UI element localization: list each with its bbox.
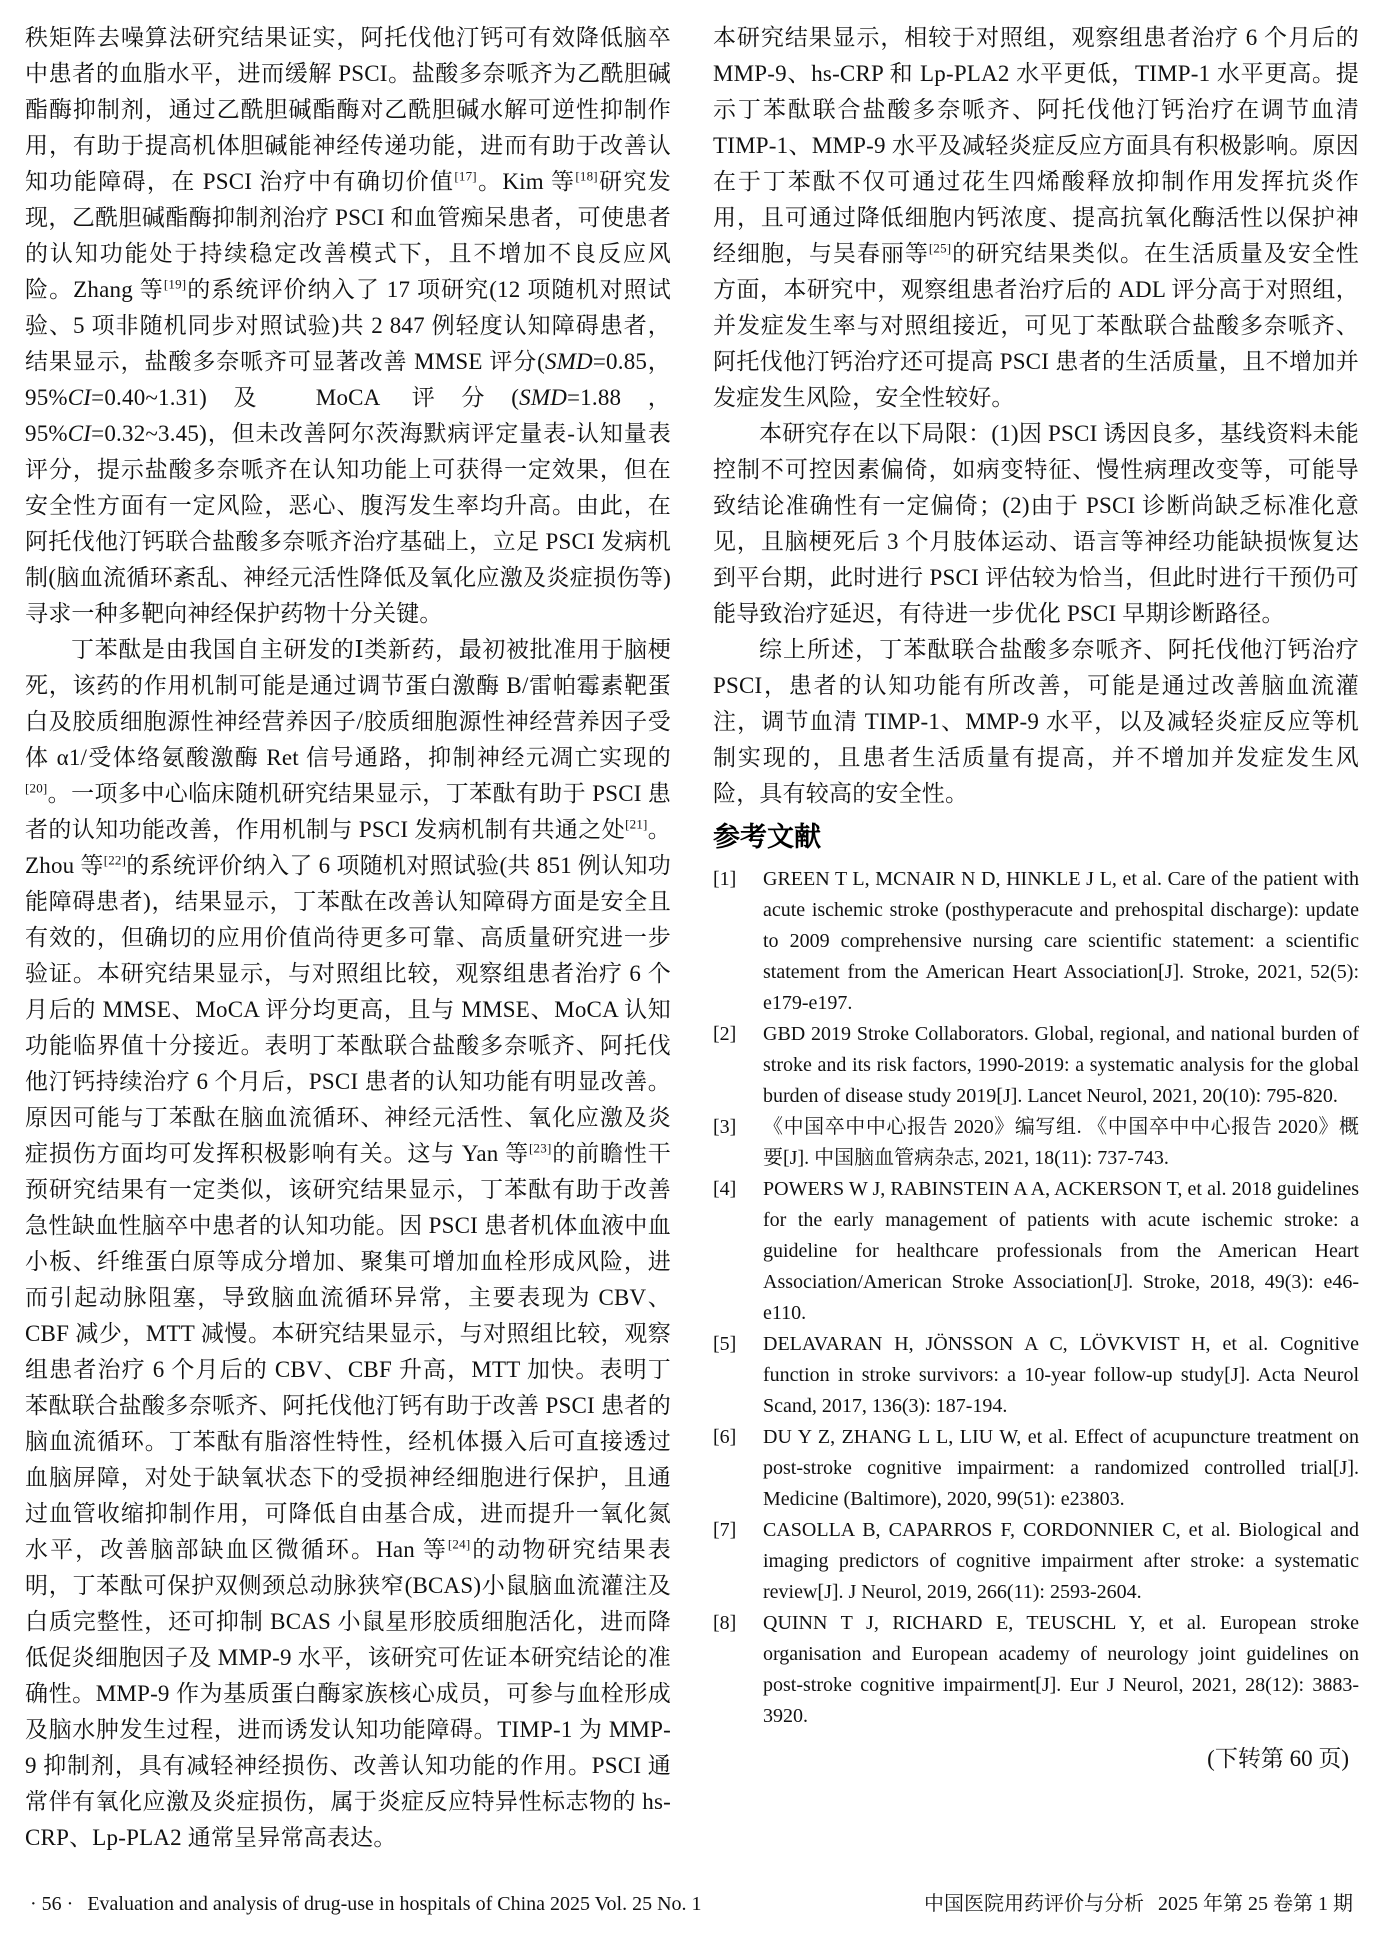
reference-text: POWERS W J, RABINSTEIN A A, ACKERSON T, …: [763, 1174, 1359, 1329]
reference-number: [7]: [713, 1515, 763, 1608]
reference-text: QUINN T J, RICHARD E, TEUSCHL Y, et al. …: [763, 1608, 1359, 1732]
article-body: 秩矩阵去噪算法研究结果证实，阿托伐他汀钙可有效降低脑卒中患者的血脂水平，进而缓解…: [25, 20, 1359, 1856]
journal-title-cn: 中国医院用药评价与分析: [924, 1893, 1144, 1915]
reference-number: [1]: [713, 864, 763, 1019]
body-paragraph: 本研究存在以下局限：(1)因 PSCI 诱因良多，基线资料未能控制不可控因素偏倚…: [713, 416, 1359, 632]
reference-item: [6]DU Y Z, ZHANG L L, LIU W, et al. Effe…: [713, 1422, 1359, 1515]
issue-cn: 2025 年第 25 卷第 1 期: [1158, 1893, 1353, 1915]
page-footer: · 56 ·Evaluation and analysis of drug-us…: [30, 1887, 1353, 1916]
reference-text: GBD 2019 Stroke Collaborators. Global, r…: [763, 1019, 1359, 1112]
reference-text: GREEN T L, MCNAIR N D, HINKLE J L, et al…: [763, 864, 1359, 1019]
reference-number: [2]: [713, 1019, 763, 1112]
references-heading: 参考文献: [713, 820, 1359, 854]
body-paragraph: 本研究结果显示，相较于对照组，观察组患者治疗 6 个月后的 MMP-9、hs-C…: [713, 20, 1359, 416]
body-paragraph: 秩矩阵去噪算法研究结果证实，阿托伐他汀钙可有效降低脑卒中患者的血脂水平，进而缓解…: [25, 20, 671, 632]
italic-term: CI: [68, 385, 91, 410]
journal-title-en: Evaluation and analysis of drug-use in h…: [87, 1893, 701, 1915]
page-number: · 56 ·: [30, 1893, 73, 1915]
right-column: 本研究结果显示，相较于对照组，观察组患者治疗 6 个月后的 MMP-9、hs-C…: [713, 20, 1359, 1856]
citation-superscript: [24]: [448, 1536, 470, 1551]
continuation-note: (下转第 60 页): [713, 1740, 1359, 1773]
left-column: 秩矩阵去噪算法研究结果证实，阿托伐他汀钙可有效降低脑卒中患者的血脂水平，进而缓解…: [25, 20, 671, 1856]
reference-number: [3]: [713, 1112, 763, 1174]
right-column-paragraphs: 本研究结果显示，相较于对照组，观察组患者治疗 6 个月后的 MMP-9、hs-C…: [713, 20, 1359, 812]
citation-superscript: [19]: [164, 276, 186, 291]
reference-item: [5]DELAVARAN H, JÖNSSON A C, LÖVKVIST H,…: [713, 1329, 1359, 1422]
reference-item: [7]CASOLLA B, CAPARROS F, CORDONNIER C, …: [713, 1515, 1359, 1608]
reference-text: 《中国卒中中心报告 2020》编写组. 《中国卒中中心报告 2020》概要[J]…: [763, 1112, 1359, 1174]
footer-right: 中国医院用药评价与分析2025 年第 25 卷第 1 期: [924, 1887, 1353, 1916]
body-paragraph: 综上所述，丁苯酞联合盐酸多奈哌齐、阿托伐他汀钙治疗 PSCI，患者的认知功能有所…: [713, 632, 1359, 812]
citation-superscript: [25]: [929, 240, 951, 255]
reference-number: [8]: [713, 1608, 763, 1732]
italic-term: CI: [68, 421, 91, 446]
reference-number: [4]: [713, 1174, 763, 1329]
reference-text: DELAVARAN H, JÖNSSON A C, LÖVKVIST H, et…: [763, 1329, 1359, 1422]
citation-superscript: [23]: [529, 1140, 551, 1155]
reference-text: DU Y Z, ZHANG L L, LIU W, et al. Effect …: [763, 1422, 1359, 1515]
citation-superscript: [21]: [625, 816, 647, 831]
journal-page: 秩矩阵去噪算法研究结果证实，阿托伐他汀钙可有效降低脑卒中患者的血脂水平，进而缓解…: [0, 0, 1375, 1940]
italic-term: SMD: [519, 385, 567, 410]
reference-item: [8]QUINN T J, RICHARD E, TEUSCHL Y, et a…: [713, 1608, 1359, 1732]
reference-item: [2]GBD 2019 Stroke Collaborators. Global…: [713, 1019, 1359, 1112]
reference-number: [5]: [713, 1329, 763, 1422]
citation-superscript: [20]: [25, 780, 47, 795]
citation-superscript: [22]: [104, 852, 126, 867]
reference-item: [3]《中国卒中中心报告 2020》编写组. 《中国卒中中心报告 2020》概要…: [713, 1112, 1359, 1174]
reference-text: CASOLLA B, CAPARROS F, CORDONNIER C, et …: [763, 1515, 1359, 1608]
reference-item: [4]POWERS W J, RABINSTEIN A A, ACKERSON …: [713, 1174, 1359, 1329]
footer-left: · 56 ·Evaluation and analysis of drug-us…: [30, 1893, 702, 1916]
body-paragraph: 丁苯酞是由我国自主研发的Ⅰ类新药，最初被批准用于脑梗死，该药的作用机制可能是通过…: [25, 632, 671, 1856]
citation-superscript: [18]: [575, 168, 597, 183]
reference-number: [6]: [713, 1422, 763, 1515]
reference-item: [1]GREEN T L, MCNAIR N D, HINKLE J L, et…: [713, 864, 1359, 1019]
references-list: [1]GREEN T L, MCNAIR N D, HINKLE J L, et…: [713, 864, 1359, 1732]
italic-term: SMD: [545, 349, 593, 374]
citation-superscript: [17]: [454, 168, 476, 183]
